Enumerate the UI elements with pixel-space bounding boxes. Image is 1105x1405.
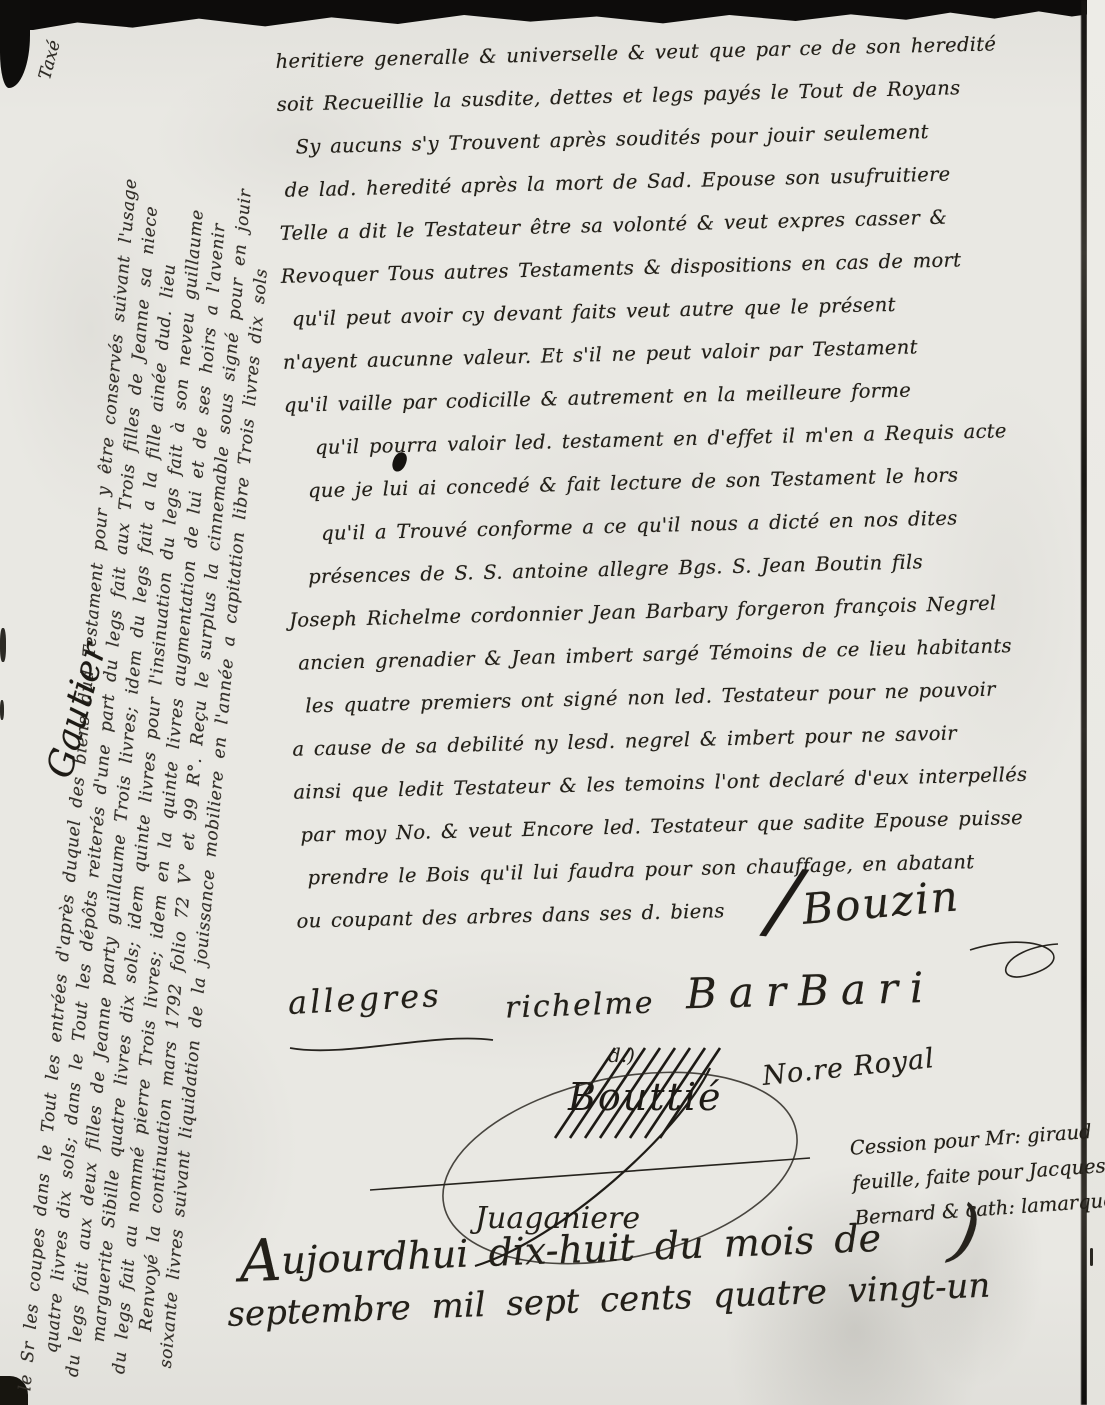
- corner-ink-blob: [0, 0, 30, 88]
- bouzin-flourish: [960, 928, 1090, 998]
- left-edge-mark: [0, 628, 6, 662]
- date-block: Aujourdhui dix-huit du mois de septembre…: [238, 1204, 991, 1335]
- paraph-mark: d.): [608, 1043, 635, 1067]
- signature-richelme: richelme: [504, 985, 655, 1025]
- signature-allegres: allegres: [287, 976, 442, 1022]
- date-initial: A: [238, 1226, 282, 1296]
- left-edge-mark: [0, 700, 4, 720]
- main-text-block: heritiere generalle & universelle & veut…: [275, 20, 1102, 942]
- signature-barbari: BarBari: [685, 963, 936, 1019]
- fold-tick-mark: [1090, 1248, 1093, 1266]
- manuscript-page: le Sr les coupes dans le Tout les entrée…: [0, 0, 1105, 1405]
- strike-through-line: [370, 1158, 810, 1190]
